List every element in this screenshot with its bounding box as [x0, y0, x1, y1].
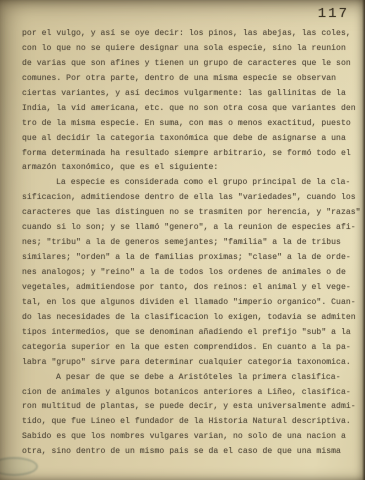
text-line: categoria superior en la que esten compr…	[22, 341, 352, 356]
text-line: otra, sino dentro de un mismo pais se da…	[22, 445, 352, 460]
text-line: nes; "tribu" a la de generos semejantes;…	[22, 236, 352, 251]
text-line: Sabido es que los nombres vulgares varia…	[22, 430, 352, 445]
text-line: que al decidir la categoria taxonómica q…	[22, 132, 352, 147]
text-line: India, la vid americana, etc. que no son…	[22, 102, 352, 117]
text-line: similares; "orden" a la de familias prox…	[22, 251, 352, 266]
text-line: cion de animales y algunos botanicos ant…	[22, 386, 352, 401]
text-line: comunes. Por otra parte, dentro de una m…	[22, 72, 352, 87]
text-line: sificacion, admitiendose dentro de ella …	[22, 191, 352, 206]
scanned-document-page: 117 por el vulgo, y así se oye decir: lo…	[0, 0, 365, 480]
text-line: nes analogos; y "reino" a la de todos lo…	[22, 266, 352, 281]
text-line: con lo que no se quiere designar una sol…	[22, 42, 352, 57]
text-line: do las necesidades de la clasificacion l…	[22, 311, 352, 326]
text-line: tro de la misma especie. En suma, con ma…	[22, 117, 352, 132]
text-line: por el vulgo, y así se oye decir: los pi…	[22, 27, 352, 42]
text-line: labra "grupo" sirve para determinar cual…	[22, 356, 352, 371]
text-line: tido, que fue Lineo el fundador de la Hi…	[22, 415, 352, 430]
faded-oval-library-stamp-icon	[0, 457, 38, 476]
text-line: cuando si lo son; y se llamó "genero", a…	[22, 221, 352, 236]
page-number: 117	[318, 6, 349, 22]
text-line: armazón taxonómico, que es el siguiente:	[22, 161, 352, 176]
text-line: ron multitud de plantas, se puede decir,…	[22, 400, 352, 415]
text-line: de varias que son afines y tienen un gru…	[22, 57, 352, 72]
text-line: vegetales, admitiendose por tanto, dos r…	[22, 281, 352, 296]
text-line: La especie es considerada como el grupo …	[22, 176, 352, 191]
text-line: ciertas variantes, y así decimos vulgarm…	[22, 87, 352, 102]
text-line: caracteres que las distinguen no se tras…	[22, 206, 352, 221]
text-line: A pesar de que se debe a Aristóteles la …	[22, 371, 352, 386]
text-line: tipos intermedios, que se denominan añad…	[22, 326, 352, 341]
text-line: tal, en los que algunos dividen el llama…	[22, 296, 352, 311]
text-block: por el vulgo, y así se oye decir: los pi…	[22, 27, 352, 460]
text-line: forma determinada ha resultado siempre a…	[22, 147, 352, 162]
